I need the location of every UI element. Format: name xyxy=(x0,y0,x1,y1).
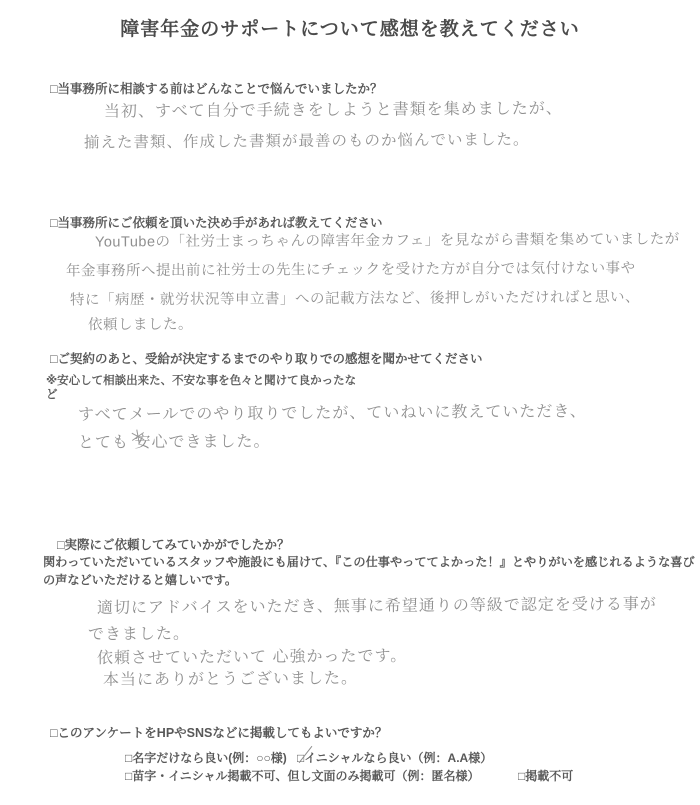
question-1-answer-line-2: 揃えた書類、作成した書類が最善のものか悩んでいました。 xyxy=(84,127,530,152)
option-no-publication: □掲載不可 xyxy=(518,767,573,784)
question-5-label: □このアンケートをHPやSNSなどに掲載してもよいですか？ xyxy=(50,723,387,741)
question-4-answer-line-4: 本当にありがとうございました。 xyxy=(103,665,358,690)
question-4-answer-line-2: できました。 xyxy=(88,621,190,645)
question-3-answer-line-1: すべてメールでのやり取りでしたが、ていねいに教えていただき、 xyxy=(78,398,587,425)
option-initials-ok: □イニシャルなら良い（例：A.A様） xyxy=(297,749,492,766)
question-2-answer-line-3: 特に「病歴・就労状況等申立書」への記載方法など、後押しがいただければと思い、 xyxy=(70,286,640,310)
option-no-publication-label: □掲載不可 xyxy=(518,769,573,783)
question-3-hint-line-1: ※安心して相談出来た、不安な事を色々と聞けて良かったな xyxy=(46,372,356,388)
option-anonymous-text-only-label: □苗字・イニシャル掲載不可、但し文面のみ掲載可（例：匿名様） xyxy=(125,769,480,783)
question-3-answer-line-2: とても 安心できました。 xyxy=(78,428,271,452)
crossed-out-character-mark xyxy=(131,430,144,443)
question-3-label: □ご契約のあと、受給が決定するまでのやり取りでの感想を聞かせてください xyxy=(50,349,483,367)
question-4-answer-line-1: 適切にアドバイスをいただき、無事に希望通りの等級で認定を受ける事が xyxy=(97,591,657,618)
page-title: 障害年金のサポートについて感想を教えてください xyxy=(0,14,700,41)
question-4-description-line-2: の声などいただけると嬉しいです。 xyxy=(43,571,237,588)
question-4-answer-line-3: 依頼させていただいて 心強かったです。 xyxy=(97,643,407,668)
question-1-answer-line-1: 当初、すべて自分で手続きをしようと書類を集めましたが、 xyxy=(104,95,563,121)
question-2-answer-line-4: 依頼しました。 xyxy=(88,313,193,335)
option-anonymous-text-only: □苗字・イニシャル掲載不可、但し文面のみ掲載可（例：匿名様） xyxy=(125,767,480,784)
option-surname-ok-label: □名字だけなら良い(例：○○様) xyxy=(125,751,287,765)
question-3-hint-line-2: ど xyxy=(46,386,58,402)
question-4-label: □実際にご依頼してみていかがでしたか？ xyxy=(57,535,290,553)
question-2-answer-line-1: YouTubeの「社労士まっちゃんの障害年金カフェ」を見ながら書類を集めていまし… xyxy=(95,227,680,251)
survey-form: 障害年金のサポートについて感想を教えてください □当事務所に相談する前はどんなこ… xyxy=(0,0,700,805)
question-4-description-line-1: 関わっていただいているスタッフや施設にも届けて、『この仕事やっててよかった！』と… xyxy=(43,553,695,570)
question-1-label: □当事務所に相談する前はどんなことで悩んでいましたか？ xyxy=(50,79,383,97)
question-2-answer-line-2: 年金事務所へ提出前に社労士の先生にチェックを受けた方が自分では気付けない事や xyxy=(66,257,636,281)
option-initials-ok-label: □イニシャルなら良い（例：A.A様） xyxy=(297,751,492,765)
option-surname-ok: □名字だけなら良い(例：○○様) xyxy=(125,749,287,766)
